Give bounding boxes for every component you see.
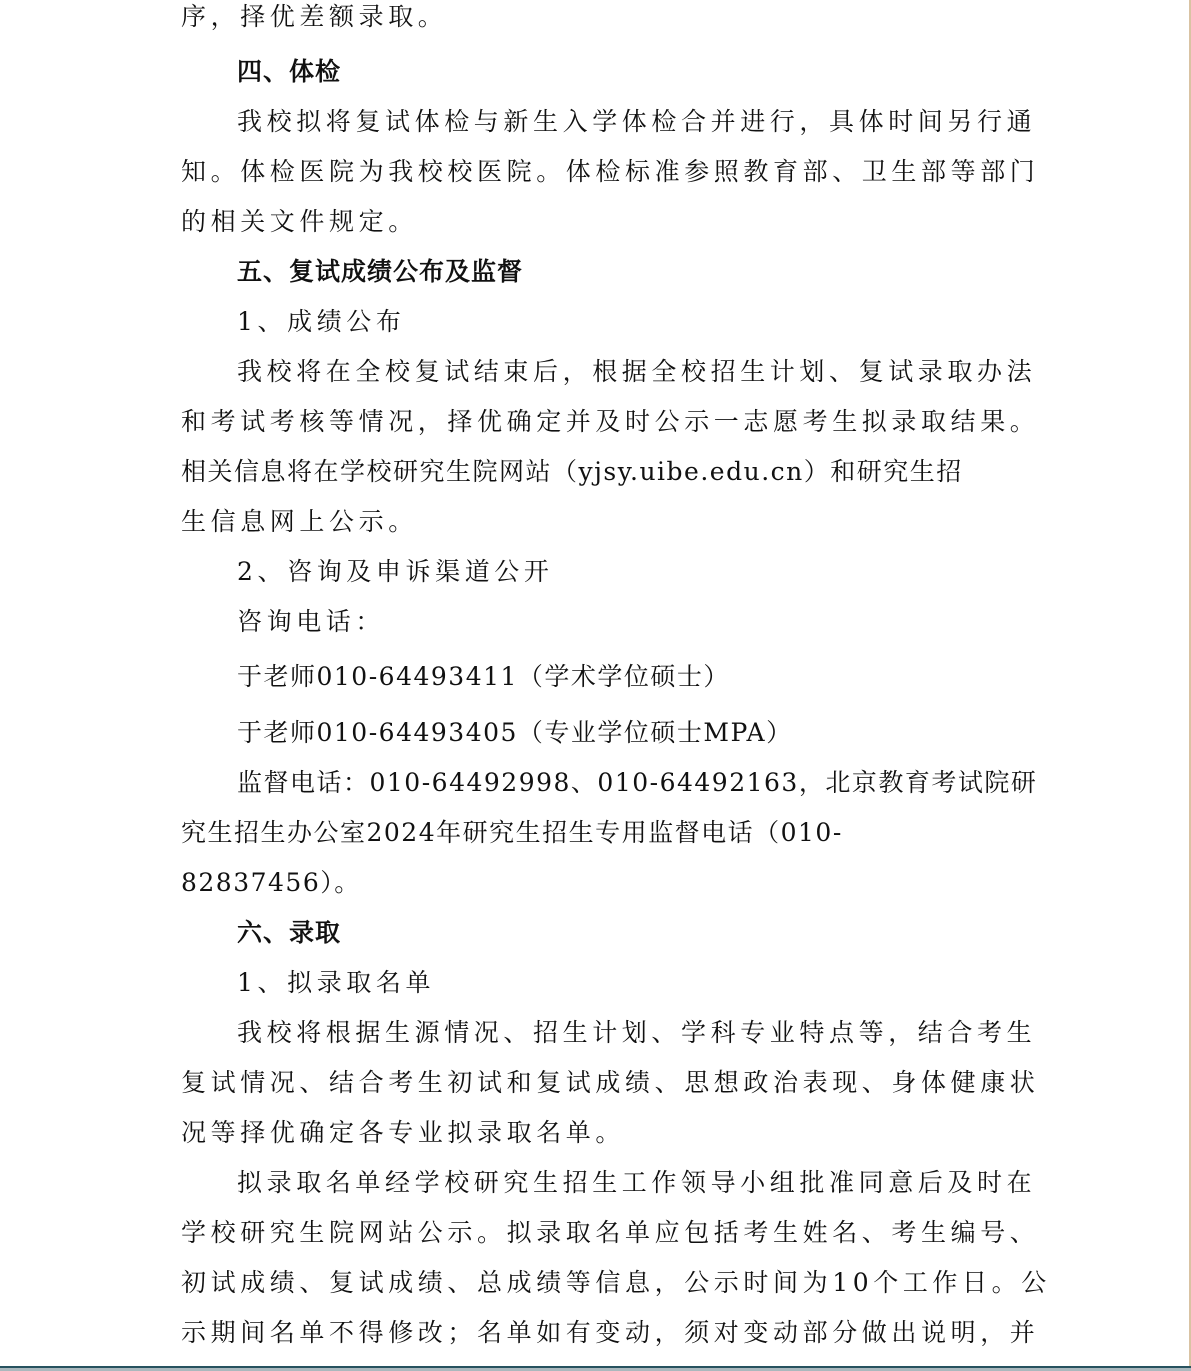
section-heading-admission: 六、录取 bbox=[237, 918, 341, 948]
paragraph-line: 况等择优确定各专业拟录取名单。 bbox=[181, 1118, 625, 1148]
paragraph-line: 我校将在全校复试结束后，根据全校招生计划、复试录取办法 bbox=[237, 357, 1036, 387]
document-page: 序，择优差额录取。 四、体检 我校拟将复试体检与新生入学体检合并进行，具体时间另… bbox=[0, 0, 1189, 1366]
paragraph-line: 的相关文件规定。 bbox=[181, 207, 418, 237]
subheading-score-publication: 1、成绩公布 bbox=[237, 307, 406, 337]
subheading-proposed-admission-list: 1、拟录取名单 bbox=[237, 968, 435, 998]
subheading-consultation-channels: 2、咨询及申诉渠道公开 bbox=[237, 557, 554, 587]
paragraph-line: 复试情况、结合考生初试和复试成绩、思想政治表现、身体健康状 bbox=[181, 1068, 1039, 1098]
paragraph-line: 学校研究生院网站公示。拟录取名单应包括考生姓名、考生编号、 bbox=[181, 1218, 1039, 1248]
paragraph-line: 示期间名单不得修改；名单如有变动，须对变动部分做出说明，并 bbox=[181, 1318, 1039, 1348]
paragraph-line: 初试成绩、复试成绩、总成绩等信息，公示时间为10个工作日。公 bbox=[181, 1268, 1051, 1298]
consultation-phone-professional: 于老师010-64493405（专业学位硕士MPA） bbox=[237, 718, 793, 748]
paragraph-line: 究生招生办公室2024年研究生招生专用监督电话（010- bbox=[181, 818, 843, 848]
paragraph-line: 我校将根据生源情况、招生计划、学科专业特点等，结合考生 bbox=[237, 1018, 1036, 1048]
consultation-phone-academic: 于老师010-64493411（学术学位硕士） bbox=[237, 662, 730, 692]
paragraph-line: 我校拟将复试体检与新生入学体检合并进行，具体时间另行通 bbox=[237, 107, 1036, 137]
supervision-phone-line: 监督电话：010-64492998、010-64492163，北京教育考试院研 bbox=[237, 768, 1037, 798]
paragraph-line: 序，择优差额录取。 bbox=[181, 2, 447, 32]
paragraph-line-with-website: 相关信息将在学校研究生院网站（yjsy.uibe.edu.cn）和研究生招 bbox=[181, 457, 963, 487]
paragraph-line: 知。体检医院为我校校医院。体检标准参照教育部、卫生部等部门 bbox=[181, 157, 1039, 187]
paragraph-line: 和考试考核等情况，择优确定并及时公示一志愿考生拟录取结果。 bbox=[181, 407, 1039, 437]
section-heading-results-publication: 五、复试成绩公布及监督 bbox=[237, 257, 523, 287]
paragraph-line: 生信息网上公示。 bbox=[181, 507, 418, 537]
paragraph-line: 82837456）。 bbox=[181, 868, 361, 898]
paragraph-line: 拟录取名单经学校研究生招生工作领导小组批准同意后及时在 bbox=[237, 1168, 1036, 1198]
section-heading-physical-exam: 四、体检 bbox=[237, 57, 341, 87]
consultation-phone-label: 咨询电话： bbox=[237, 607, 385, 637]
